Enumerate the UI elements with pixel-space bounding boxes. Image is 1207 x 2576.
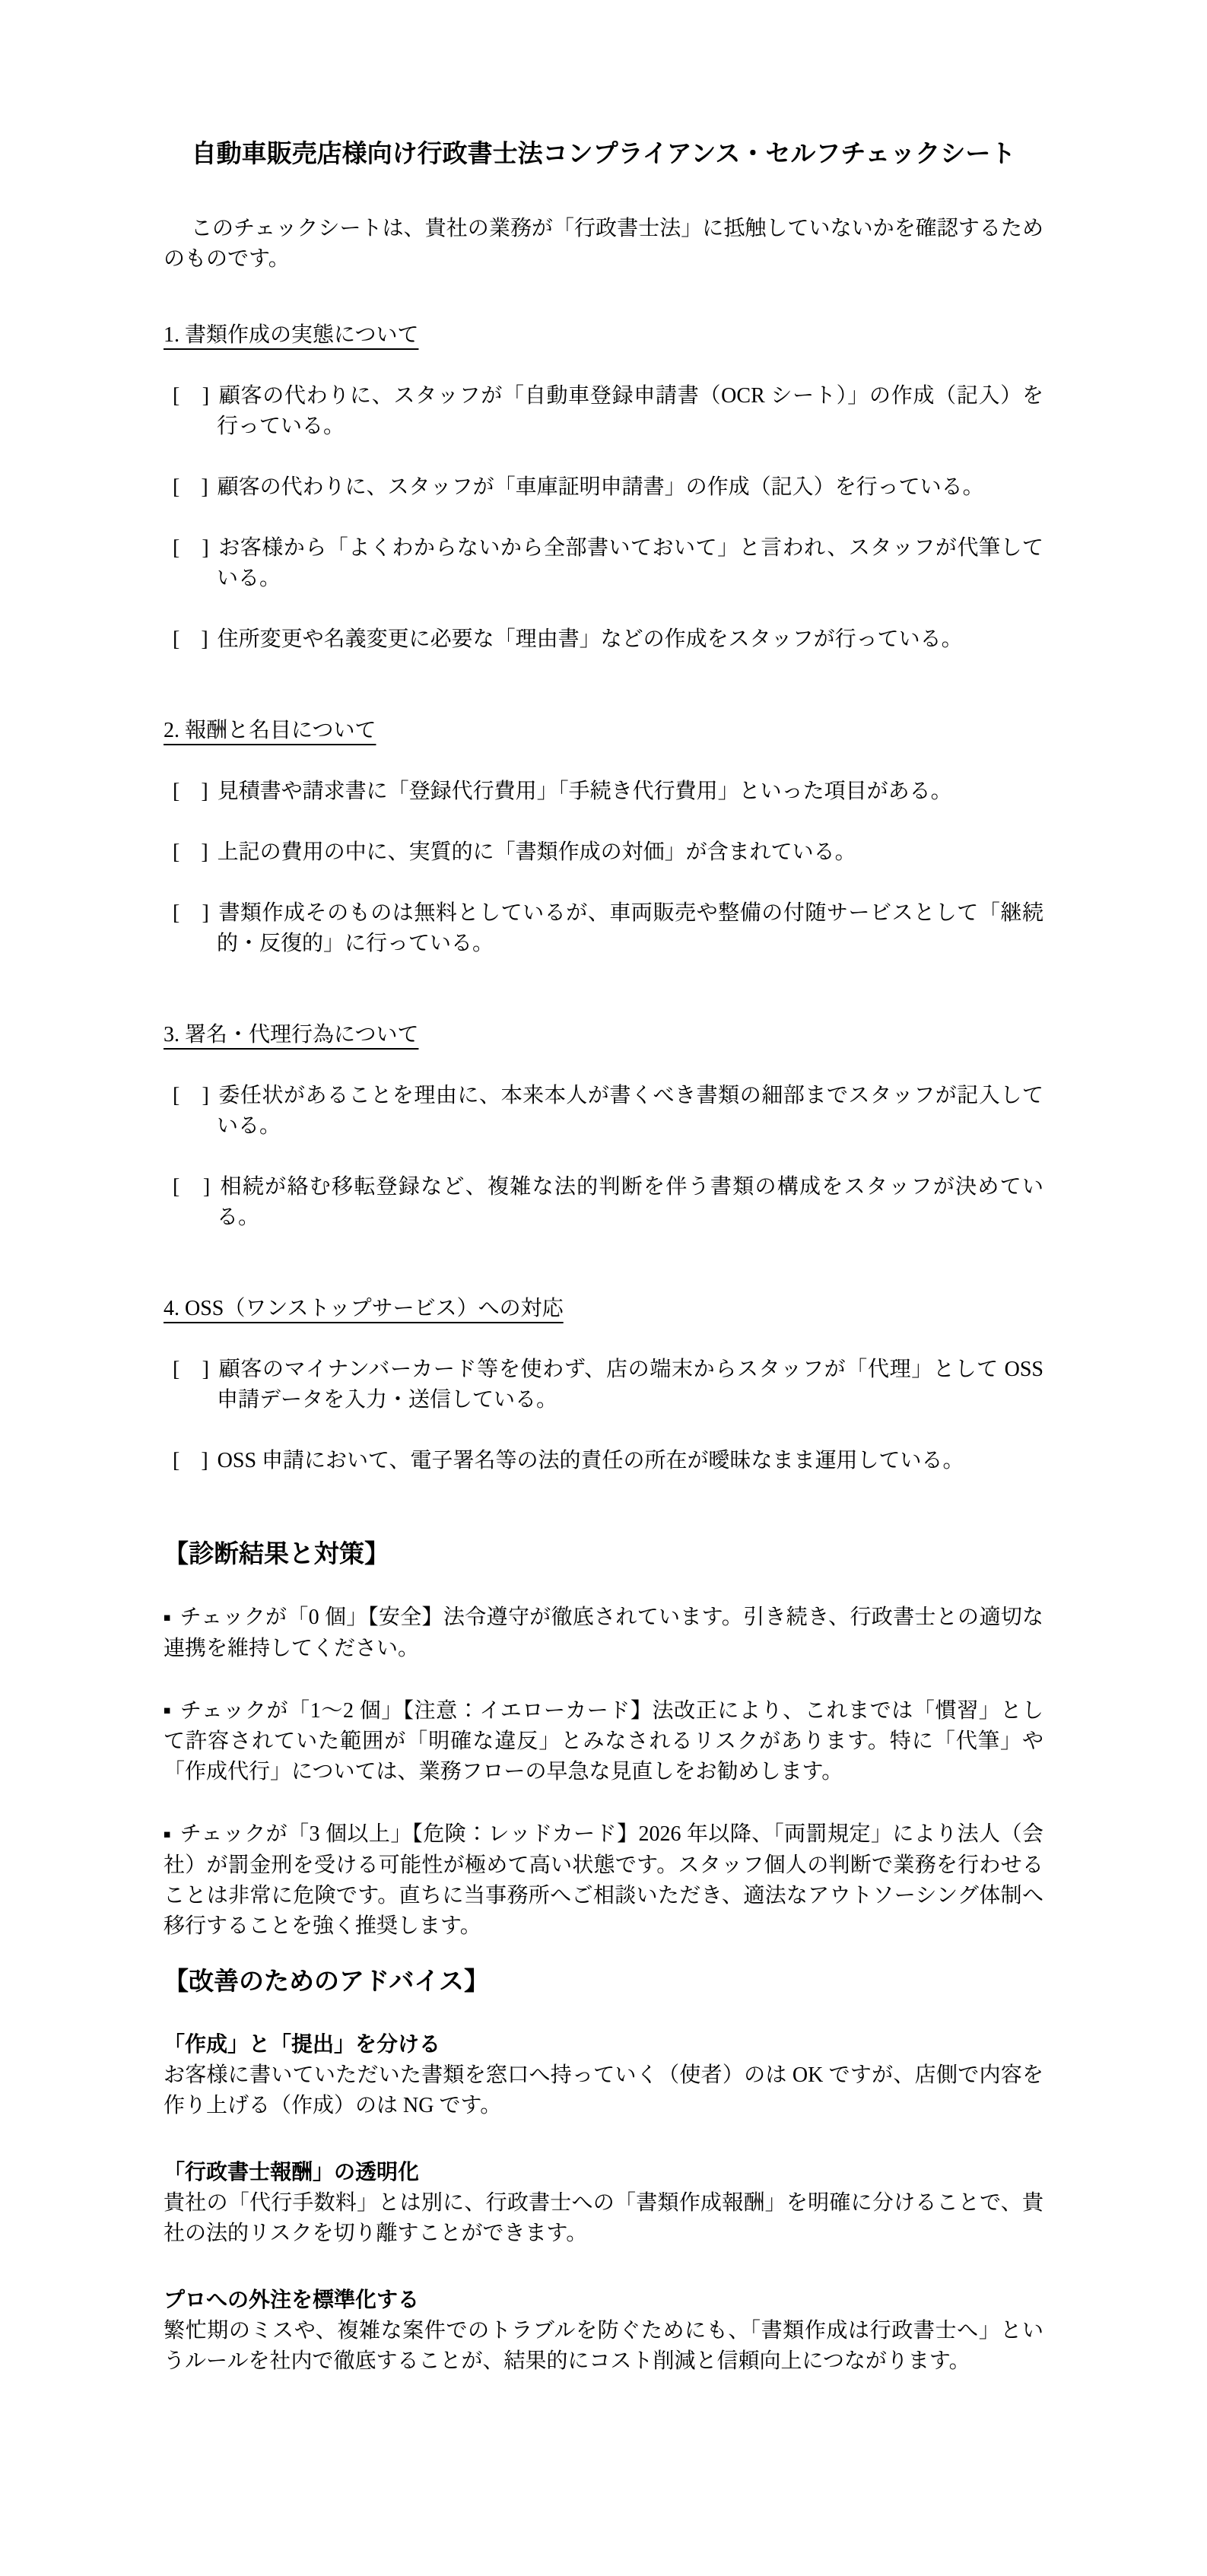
diagnosis-bullet: ■チェックが「1～2 個」【注意：イエローカード】法改正により、これまでは「慣習… xyxy=(164,1696,1043,1788)
check-item: [ ]住所変更や名義変更に必要な「理由書」などの作成をスタッフが行っている。 xyxy=(173,624,1043,655)
checklist-section: 4. OSS（ワンストップサービス）への対応[ ]顧客のマイナンバーカード等を使… xyxy=(164,1294,1043,1476)
checklist-sections: 1. 書類作成の実態について[ ]顧客の代わりに、スタッフが「自動車登録申請書（… xyxy=(164,320,1043,1476)
check-item: [ ]OSS 申請において、電子署名等の法的責任の所在が曖昧なまま運用している。 xyxy=(173,1446,1043,1476)
advice-block-body: お客様に書いていただいた書類を窓口へ持っていく（使者）のは OK ですが、店側で… xyxy=(164,2060,1043,2121)
checkbox-marker: [ ] xyxy=(173,475,208,499)
checkbox-marker: [ ] xyxy=(173,780,208,803)
check-item: [ ]相続が絡む移転登録など、複雑な法的判断を伴う書類の構成をスタッフが決めてい… xyxy=(173,1172,1043,1233)
section-heading: 4. OSS（ワンストップサービス）への対応 xyxy=(164,1294,1043,1324)
square-bullet-icon: ■ xyxy=(164,1612,171,1625)
diagnosis-heading: 【診断結果と対策】 xyxy=(164,1537,1043,1572)
intro-paragraph: このチェックシートは、貴社の業務が「行政書士法」に抵触していないかを確認するため… xyxy=(164,214,1043,275)
check-item-text: 相続が絡む移転登録など、複雑な法的判断を伴う書類の構成をスタッフが決めている。 xyxy=(217,1175,1043,1229)
square-bullet-icon: ■ xyxy=(164,1704,171,1717)
check-item: [ ]見積書や請求書に「登録代行費用」「手続き代行費用」といった項目がある。 xyxy=(173,777,1043,807)
checkbox-marker: [ ] xyxy=(173,1175,210,1199)
checklist-section: 1. 書類作成の実態について[ ]顧客の代わりに、スタッフが「自動車登録申請書（… xyxy=(164,320,1043,655)
section-heading: 2. 報酬と名目について xyxy=(164,716,1043,746)
diagnosis-bullet: ■チェックが「0 個」【安全】法令遵守が徹底されています。引き続き、行政書士との… xyxy=(164,1602,1043,1664)
checkbox-marker: [ ] xyxy=(173,536,209,560)
check-item: [ ]上記の費用の中に、実質的に「書類作成の対価」が含まれている。 xyxy=(173,837,1043,868)
check-item-text: 顧客のマイナンバーカード等を使わず、店の端末からスタッフが「代理」として OSS… xyxy=(217,1358,1043,1412)
advice-block-title: 「作成」と「提出」を分ける xyxy=(164,2030,1043,2060)
checkbox-marker: [ ] xyxy=(173,1358,209,1381)
check-item: [ ]顧客の代わりに、スタッフが「自動車登録申請書（OCR シート）」の作成（記… xyxy=(173,381,1043,442)
advice-block-body: 繁忙期のミスや、複雑な案件でのトラブルを防ぐためにも、「書類作成は行政書士へ」と… xyxy=(164,2316,1043,2377)
section-heading: 3. 署名・代理行為について xyxy=(164,1020,1043,1050)
checklist-section: 3. 署名・代理行為について[ ]委任状があることを理由に、本来本人が書くべき書… xyxy=(164,1020,1043,1233)
advice-block: 「作成」と「提出」を分けるお客様に書いていただいた書類を窓口へ持っていく（使者）… xyxy=(164,2030,1043,2121)
checkbox-marker: [ ] xyxy=(173,1084,209,1107)
advice-blocks: 「作成」と「提出」を分けるお客様に書いていただいた書類を窓口へ持っていく（使者）… xyxy=(164,2030,1043,2377)
page-title: 自動車販売店様向け行政書士法コンプライアンス・セルフチェックシート xyxy=(164,137,1043,172)
checkbox-marker: [ ] xyxy=(173,384,209,408)
section-heading: 1. 書類作成の実態について xyxy=(164,320,1043,351)
check-item-text: お客様から「よくわからないから全部書いておいて」と言われ、スタッフが代筆している… xyxy=(217,536,1043,590)
diagnosis-section: 【診断結果と対策】 ■チェックが「0 個」【安全】法令遵守が徹底されています。引… xyxy=(164,1537,1043,1942)
advice-block: 「行政書士報酬」の透明化貴社の「代行手数料」とは別に、行政書士への「書類作成報酬… xyxy=(164,2158,1043,2249)
checklist-section: 2. 報酬と名目について[ ]見積書や請求書に「登録代行費用」「手続き代行費用」… xyxy=(164,716,1043,959)
check-item: [ ]委任状があることを理由に、本来本人が書くべき書類の細部までスタッフが記入し… xyxy=(173,1081,1043,1142)
advice-block-title: 「行政書士報酬」の透明化 xyxy=(164,2158,1043,2188)
advice-block: プロへの外注を標準化する繁忙期のミスや、複雑な案件でのトラブルを防ぐためにも、「… xyxy=(164,2285,1043,2377)
advice-block-title: プロへの外注を標準化する xyxy=(164,2285,1043,2316)
diagnosis-bullets: ■チェックが「0 個」【安全】法令遵守が徹底されています。引き続き、行政書士との… xyxy=(164,1602,1043,1942)
checkbox-marker: [ ] xyxy=(173,840,208,864)
check-item: [ ]顧客の代わりに、スタッフが「車庫証明申請書」の作成（記入）を行っている。 xyxy=(173,472,1043,503)
check-item-text: OSS 申請において、電子署名等の法的責任の所在が曖昧なまま運用している。 xyxy=(218,1449,964,1472)
check-item-text: 見積書や請求書に「登録代行費用」「手続き代行費用」といった項目がある。 xyxy=(218,780,952,803)
checkbox-marker: [ ] xyxy=(173,901,209,925)
check-item-text: 書類作成そのものは無料としているが、車両販売や整備の付随サービスとして「継続的・… xyxy=(217,901,1043,955)
check-item-text: 住所変更や名義変更に必要な「理由書」などの作成をスタッフが行っている。 xyxy=(218,627,963,651)
diagnosis-bullet-text: チェックが「3 個以上」【危険：レッドカード】2026 年以降、「両罰規定」によ… xyxy=(164,1822,1043,1938)
check-item: [ ]書類作成そのものは無料としているが、車両販売や整備の付随サービスとして「継… xyxy=(173,898,1043,959)
check-item: [ ]顧客のマイナンバーカード等を使わず、店の端末からスタッフが「代理」として … xyxy=(173,1355,1043,1415)
check-item-text: 顧客の代わりに、スタッフが「車庫証明申請書」の作成（記入）を行っている。 xyxy=(218,475,984,499)
advice-section: 【改善のためのアドバイス】 「作成」と「提出」を分けるお客様に書いていただいた書… xyxy=(164,1965,1043,2377)
check-item: [ ]お客様から「よくわからないから全部書いておいて」と言われ、スタッフが代筆し… xyxy=(173,533,1043,594)
document-page: 自動車販売店様向け行政書士法コンプライアンス・セルフチェックシート このチェック… xyxy=(0,0,1207,2576)
square-bullet-icon: ■ xyxy=(164,1828,171,1841)
diagnosis-bullet-text: チェックが「0 個」【安全】法令遵守が徹底されています。引き続き、行政書士との適… xyxy=(164,1606,1043,1660)
checkbox-marker: [ ] xyxy=(173,1449,208,1472)
check-item-text: 上記の費用の中に、実質的に「書類作成の対価」が含まれている。 xyxy=(218,840,856,864)
checkbox-marker: [ ] xyxy=(173,627,208,651)
diagnosis-bullet: ■チェックが「3 個以上」【危険：レッドカード】2026 年以降、「両罰規定」に… xyxy=(164,1819,1043,1942)
check-item-text: 顧客の代わりに、スタッフが「自動車登録申請書（OCR シート）」の作成（記入）を… xyxy=(217,384,1043,438)
diagnosis-bullet-text: チェックが「1～2 個」【注意：イエローカード】法改正により、これまでは「慣習」… xyxy=(164,1699,1043,1784)
advice-heading: 【改善のためのアドバイス】 xyxy=(164,1965,1043,1999)
check-item-text: 委任状があることを理由に、本来本人が書くべき書類の細部までスタッフが記入している… xyxy=(217,1084,1043,1138)
advice-block-body: 貴社の「代行手数料」とは別に、行政書士への「書類作成報酬」を明確に分けることで、… xyxy=(164,2188,1043,2249)
